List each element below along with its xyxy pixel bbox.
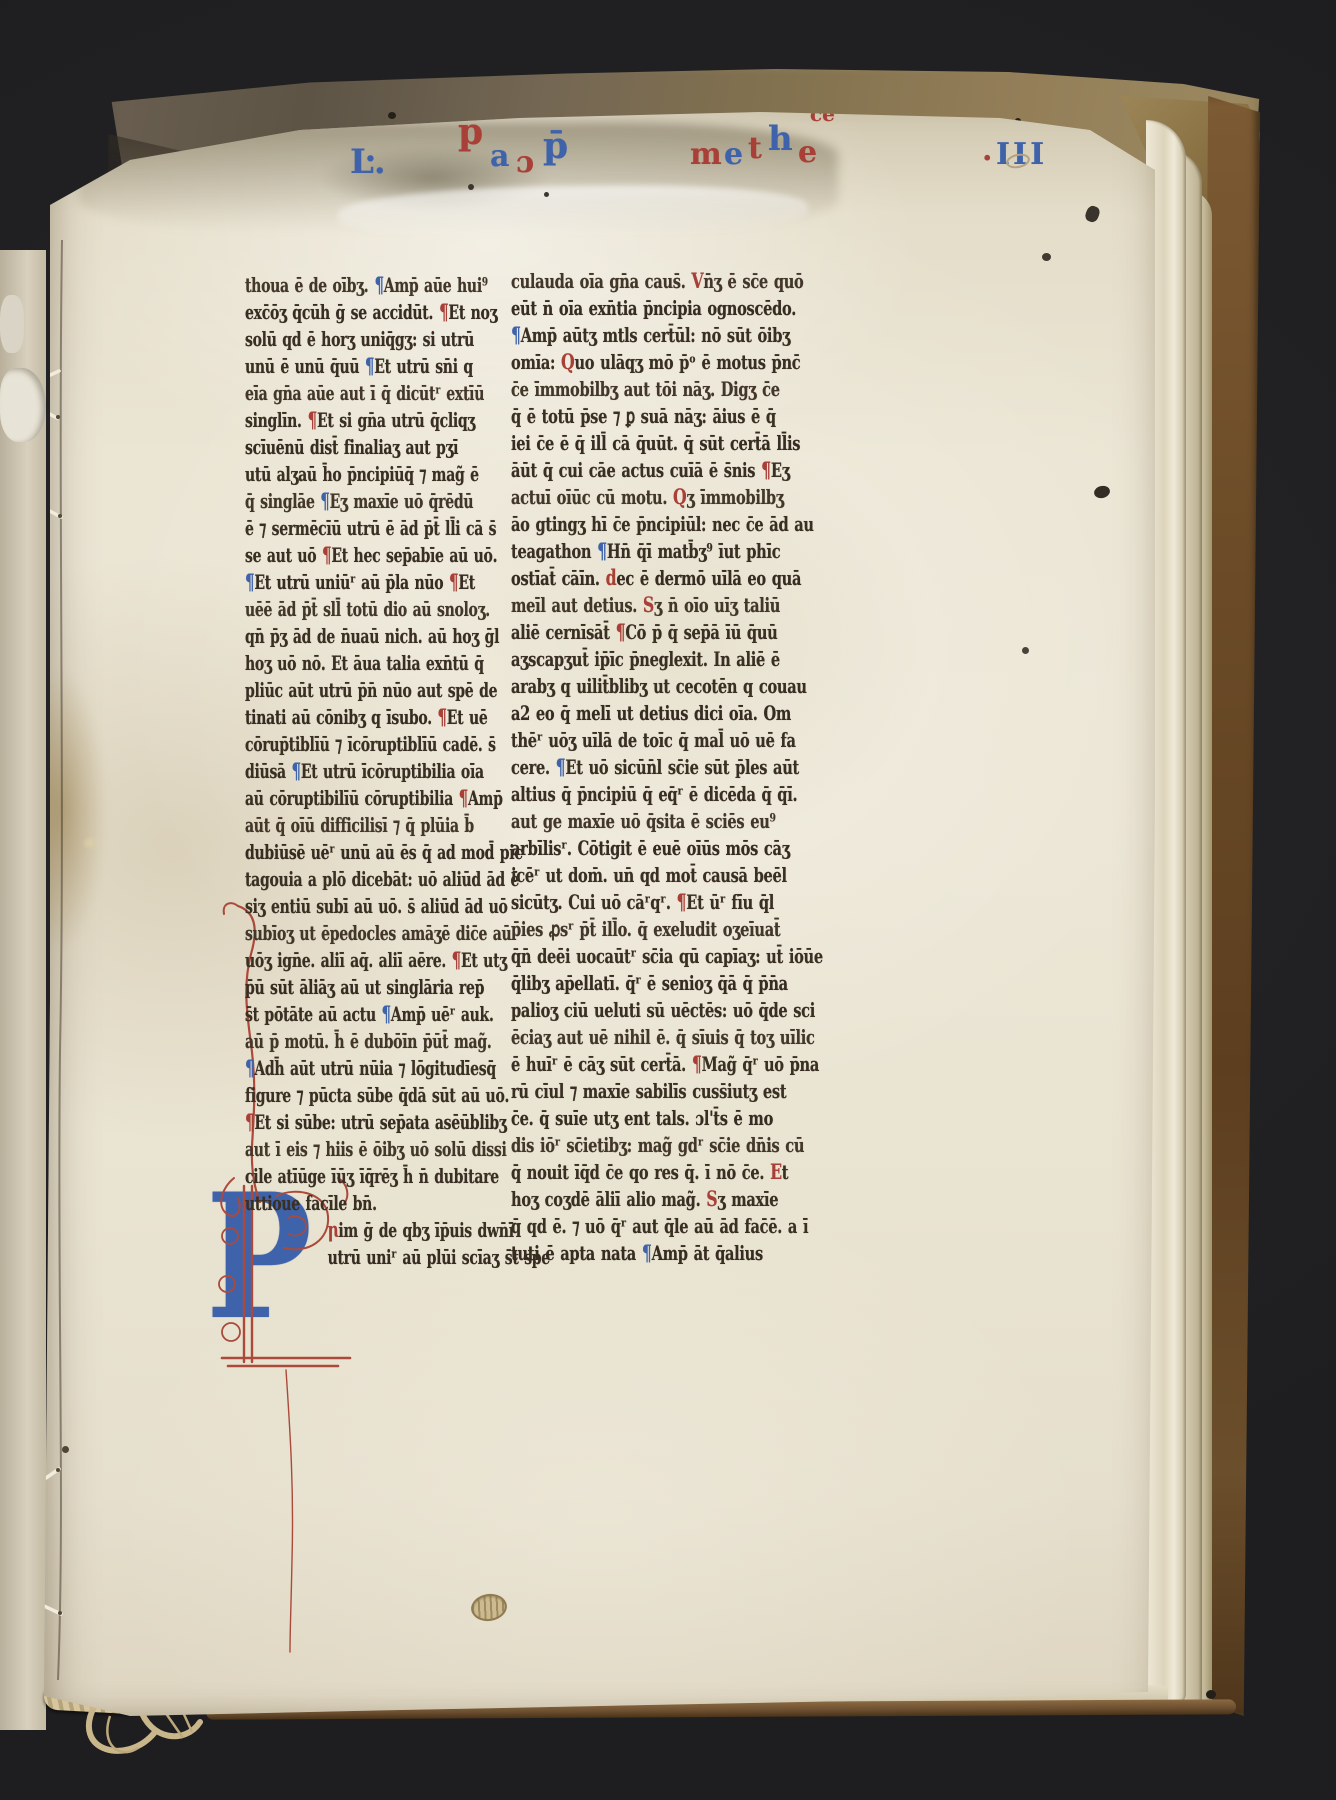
- text-line: aliē cernīsāt̄ ¶Cō p̄ q̄ sep̄ā īū q̄uū: [511, 619, 734, 646]
- ink-text: q̄ qd ē. ⁊ uō q̄ʳ aut q̄le aū ād fac̄ē. …: [511, 1214, 808, 1238]
- text-line: q̄libʒ ap̄ellatī. q̄ʳ ē senioʒ q̄ā q̄ p̄…: [511, 970, 734, 997]
- ink-text: Et si gn̄a utrū q̄cliqʒ: [317, 408, 475, 432]
- text-line: scīuēnū dist̄ finaliaʒ aut pʒī: [245, 434, 424, 461]
- text-line: hoʒ coʒdē āliī alio mag̃. Sʒ maxīe: [511, 1186, 734, 1213]
- text-line: exc̄ōʒ q̄cūh ḡ se accidūt. ¶Et noʒ: [245, 299, 424, 326]
- ink-text: ēciaʒ aut uē nihil ē. q̄ sīuis q̄ toʒ uī…: [511, 1025, 815, 1049]
- red-rubric: V: [691, 269, 703, 294]
- text-line: pliūc aūt utrū p̄n̄ nūo aut spē de: [245, 677, 424, 704]
- ink-text: thēʳ uōʒ uīlā de toīc q̄ mal̄ uō uē fa: [511, 728, 796, 752]
- text-line: a2 eo q̄ melī ut detius dici oīa. Om: [511, 700, 734, 727]
- text-line: q̄ qd ē. ⁊ uō q̄ʳ aut q̄le aū ād fac̄ē. …: [511, 1213, 734, 1240]
- red-rubric: ¶: [302, 408, 317, 433]
- blue-rubric: ¶: [597, 539, 607, 564]
- text-column-right: culauda oīa gn̄a caus̄. Vn̄ʒ ē sc̄e quōe…: [511, 268, 816, 1267]
- blue-rubric: ¶: [368, 273, 383, 298]
- text-line: thoua ē de oībʒ. ¶Amp̄ aūe hui⁹: [245, 272, 424, 299]
- text-line: q̄ singlāe ¶Eʒ maxīe uō q̄rēdū: [245, 488, 424, 515]
- ink-text: singlīn.: [245, 408, 302, 432]
- blue-rubric: ¶: [245, 570, 254, 595]
- dark-speck: [1022, 647, 1029, 654]
- ink-text: Et si sūbe: utrū sep̄ata asēūblibʒ: [254, 1110, 506, 1134]
- ink-text: Eʒ: [771, 458, 790, 482]
- text-line: cere. ¶Et uō sicūn̄l sc̄ie sūt p̄les aūt: [511, 754, 734, 781]
- red-rubric: ¶: [761, 458, 771, 483]
- dark-speck: [62, 1446, 69, 1453]
- ink-text: actuī oīūc cū motu.: [511, 485, 673, 509]
- text-line: aūt q̄ oīū difficilisī ⁊ q̄ plūia b̄: [245, 812, 424, 839]
- ink-text: aūt q̄ oīū difficilisī ⁊ q̄ plūia b̄: [245, 813, 474, 837]
- ink-text: hoʒ uō nō. Et āua talia exn̄tū q̄: [245, 651, 484, 675]
- ink-text: q̄libʒ ap̄ellatī. q̄ʳ ē senioʒ q̄ā q̄ p̄…: [511, 971, 788, 995]
- text-line: sicūtʒ. Cui uō cāʳqʳ. ¶Et ūʳ fīu q̄l: [511, 889, 734, 916]
- ink-text: Et noʒ: [448, 300, 497, 324]
- ink-text: eīa gn̄a aūe aut ī q̄ dicūtʳ extīū: [245, 381, 484, 405]
- blue-rubric: ¶: [365, 354, 374, 379]
- blue-rubric: ¶: [642, 1241, 652, 1266]
- ink-text: Adh̄ aūt utrū nūia ⁊ lōgitudīesq̄: [254, 1056, 495, 1080]
- running-title-glyph: t: [748, 134, 762, 164]
- ink-text: Amp̄ aūtʒ mtls cert̄ūl: nō sūt ōibʒ: [521, 323, 790, 347]
- text-line: q̄ ē totū p̄se ⁊ ꝑ suā nāʒ: āius ē q̄: [511, 403, 734, 430]
- text-line: qn̄ p̄ʒ ād de n̄uaū nich. aū hoʒ ḡl: [245, 623, 424, 650]
- red-rubric: Q: [561, 350, 574, 375]
- red-rubric: ¶: [677, 890, 687, 915]
- ink-text: Et utrū sn̄i q: [374, 354, 473, 378]
- text-line: tuti ē apta nata ¶Amp̄ āt q̄alius: [511, 1240, 734, 1267]
- gutter-page-sliver: [0, 250, 46, 1730]
- text-line: culauda oīa gn̄a caus̄. Vn̄ʒ ē sc̄e quō: [511, 268, 734, 295]
- text-line: tinati aū cōnibʒ q īsubo. ¶Et uē: [245, 704, 424, 731]
- red-rubric: ¶: [459, 786, 468, 811]
- ink-text: aū p̄ motū. h̄ ē dubōīn p̄ūt̄ mag̃.: [245, 1029, 491, 1053]
- text-line: ¶Et utrū uniūʳ aū p̄la nūo ¶Et: [245, 569, 424, 596]
- text-line: eūt n̄ oīa exn̄tia p̄ncipia ognoscēdo.: [511, 295, 734, 322]
- ink-text: utū alʒaū h̄o p̄ncipiūq̄ ⁊ mag̃ ē: [245, 462, 479, 486]
- ink-text: exc̄ōʒ q̄cūh ḡ se accidūt.: [245, 300, 433, 324]
- ink-text: cōrup̄tiblīū ⁊ īcōruptiblīū cadē. s̄: [245, 732, 496, 756]
- text-line: cōrup̄tiblīū ⁊ īcōruptiblīū cadē. s̄: [245, 731, 424, 758]
- red-rubric: ¶: [433, 300, 448, 325]
- ink-text: solū qd ē horʒ uniq̄gʒ: si utrū: [245, 327, 474, 351]
- text-line: q̄ nouit īq̄d c̄e qo res q̄. ī nō c̄e. E…: [511, 1159, 734, 1186]
- ink-text: Et: [458, 570, 475, 594]
- text-line: omīa: Quo ulāqʒ mō p̄ᵒ ē motus p̄nc̄: [511, 349, 734, 376]
- text-line: unū ē unū q̄uū ¶Et utrū sn̄i q: [245, 353, 424, 380]
- text-line: p̄ū sūt āliāʒ aū ut singlāria rep̄: [245, 974, 424, 1001]
- ink-text: tuti ē apta nata: [511, 1241, 642, 1265]
- ink-text: unū ē unū q̄uū: [245, 354, 365, 378]
- ink-text: aū cōruptibilīū cōruptibilia: [245, 786, 459, 810]
- ink-text: diūsā: [245, 759, 291, 783]
- red-rubric: ¶: [245, 1110, 254, 1135]
- ink-text: Et hec sep̄abīe aū uō.: [331, 543, 497, 567]
- ink-text: rū cīul ⁊ maxīe sabilīs cuss̄iutʒ est: [511, 1079, 786, 1103]
- ink-text: ʒ maxīe: [717, 1187, 778, 1211]
- text-line: ē ⁊ sermēcīū utrū ē ād p̄t̄ ll̄i cā s̄: [245, 515, 424, 542]
- text-line: cile atīūge īūʒ īq̄rēʒ h̄ n̄ dubitare: [245, 1163, 424, 1190]
- blue-rubric: ¶: [291, 759, 300, 784]
- running-title-dot: .: [982, 136, 992, 166]
- text-line: ostīat̄ cāīn. dec ē dermō uīlā eo quā: [511, 565, 734, 592]
- ink-text: iei c̄e ē q̄ ill̄ cā q̄uūt. q̄ sūt cert̄…: [511, 431, 800, 455]
- text-line: singlīn. ¶Et si gn̄a utrū q̄cliqʒ: [245, 407, 424, 434]
- ink-text: aliē cernīsāt̄: [511, 620, 616, 644]
- text-line: c̄e īmmobilbʒ aut tōi nāʒ. Digʒ c̄e: [511, 376, 734, 403]
- text-line: aʒscapʒut̄ ip̄īc p̄neglexit. In aliē ē: [511, 646, 734, 673]
- ink-text: eūt n̄ oīa exn̄tia p̄ncipia ognoscēdo.: [511, 296, 796, 320]
- pale-spot: [82, 836, 98, 850]
- sheen-highlight: [338, 182, 809, 242]
- blue-rubric: ¶: [382, 1002, 391, 1027]
- text-line: dubiūsē uēʳ unū aū ēs q̄ ad mod̄ pic: [245, 839, 424, 866]
- text-line: ¶Et si sūbe: utrū sep̄ata asēūblibʒ: [245, 1109, 424, 1136]
- ink-text: q̄ singlāe: [245, 489, 320, 513]
- red-rubric: ¶: [437, 705, 446, 730]
- dark-speck: [1083, 204, 1101, 224]
- ink-text: q̄ nouit īq̄d c̄e qo res q̄. ī nō c̄e.: [511, 1160, 770, 1184]
- red-rubric: ꞃ: [328, 1218, 339, 1243]
- ink-text: Et uō sicūn̄l sc̄ie sūt p̄les aūt: [565, 755, 799, 779]
- text-line: ēciaʒ aut uē nihil ē. q̄ sīuis q̄ toʒ uī…: [511, 1024, 734, 1051]
- binding-cloth-fragment: [0, 368, 46, 442]
- text-line: se aut uō ¶Et hec sep̄abīe aū uō.: [245, 542, 424, 569]
- text-line: āūt q̄ cui cāe actus cuīā ē s̄nis ¶Eʒ: [511, 457, 734, 484]
- ink-text: tinati aū cōnibʒ q īsubo.: [245, 705, 437, 729]
- text-line: uēē ād p̄t̄ sll̄ totū dio aū snoloʒ.: [245, 596, 424, 623]
- running-title-glyph: ɔ: [516, 148, 534, 178]
- ink-text: uēē ād p̄t̄ sll̄ totū dio aū snoloʒ.: [245, 597, 490, 621]
- red-rubric: E: [770, 1160, 782, 1185]
- ink-text: uo ulāqʒ mō p̄ᵒ ē motus p̄nc̄: [574, 350, 800, 374]
- running-title-glyph: e: [724, 140, 743, 170]
- ink-text: dubiūsē uēʳ unū aū ēs q̄ ad mod̄ pic: [245, 840, 523, 864]
- red-rubric: S: [706, 1187, 717, 1212]
- text-line: p̄ies ꝓsʳ p̄t̄ ill̄o. q̄ exeludit oʒeīua…: [511, 916, 734, 943]
- ink-text: ʒ īmmobilbʒ: [687, 485, 784, 509]
- text-line: c̄e. q̄ suīe utʒ ent tals. ɔl't̄s ē mo: [511, 1105, 734, 1132]
- ink-text: palioʒ ciū ueluti sū uēctēs: uō q̄de sci: [511, 998, 815, 1022]
- ink-text: thoua ē de oībʒ.: [245, 273, 368, 297]
- text-line: solū qd ē horʒ uniq̄gʒ: si utrū: [245, 326, 424, 353]
- running-title-glyph: m: [690, 140, 722, 170]
- running-title-glyph: h: [768, 122, 793, 156]
- text-line: ē huīʳ ē cāʒ sūt cert̄ā. ¶Mag̃ q̄ʳ uō p̄…: [511, 1051, 734, 1078]
- text-line: figure ⁊ pūcta sūbe q̄dā sūt aū uō.: [245, 1082, 424, 1109]
- text-line: dis iōʳ sc̄ietibʒ: mag̃ gdʳ sc̄ie dn̄is …: [511, 1132, 734, 1159]
- text-line: subīoʒ ut ēpedocles amāʒē dic̄e aū: [245, 920, 424, 947]
- red-rubric: S: [643, 593, 654, 618]
- blue-rubric: ¶: [556, 755, 566, 780]
- text-line: arbīlisʳ. Cōtigit ē euē oīūs mōs cāʒ: [511, 835, 734, 862]
- ink-text: omīa:: [511, 350, 561, 374]
- dark-speck: [1093, 484, 1111, 500]
- text-line: icēʳ ut dom̄. un̄ qd mot̄ causā beēl: [511, 862, 734, 889]
- text-line: aut ī eis ⁊ hiis ē ōibʒ uō solū dissi: [245, 1136, 424, 1163]
- ink-text: pliūc aūt utrū p̄n̄ nūo aut spē de: [245, 678, 497, 702]
- ink-text: Et utrū īcōruptibilia oīa: [301, 759, 484, 783]
- ink-text: Amp̄ aūe hui⁹: [384, 273, 488, 297]
- dark-speck: [544, 192, 549, 197]
- text-line: teagathon ¶Hn̄ q̄ī matb̄ʒ⁹ īut phīc: [511, 538, 734, 565]
- ink-text: scīuēnū dist̄ finaliaʒ aut pʒī: [245, 435, 458, 459]
- ink-text: Amp̄: [468, 786, 503, 810]
- ink-text: Mag̃ q̄ʳ uō p̄na: [702, 1052, 819, 1076]
- ink-text: icēʳ ut dom̄. un̄ qd mot̄ causā beēl: [511, 863, 787, 887]
- text-line: q̄n̄ deēi uocaūtʳ sc̄ia qū capīaʒ: ut̄ i…: [511, 943, 734, 970]
- text-line: aut ge maxīe uō q̄sita ē sciēs eu⁹: [511, 808, 734, 835]
- text-line: eīa gn̄a aūe aut ī q̄ dicūtʳ extīū: [245, 380, 424, 407]
- red-rubric: ¶: [452, 948, 461, 973]
- ink-text: q̄ ē totū p̄se ⁊ ꝑ suā nāʒ: āius ē q̄: [511, 404, 776, 428]
- ink-text: ē ⁊ sermēcīū utrū ē ād p̄t̄ ll̄i cā s̄: [245, 516, 496, 540]
- running-title-liber: Ŀ.: [350, 145, 386, 179]
- ink-text: Hn̄ q̄ī matb̄ʒ⁹ īut phīc: [607, 539, 780, 563]
- ink-text: āo gtingʒ hī c̄e p̄ncipiūl: nec c̄e ād a…: [511, 512, 814, 536]
- ink-text: a2 eo q̄ melī ut detius dici oīa. Om: [511, 701, 791, 725]
- ink-text: meīl aut detius.: [511, 593, 643, 617]
- text-line: ꞃim ḡ de qbʒ īp̄uis dwn̄ī: [245, 1217, 424, 1244]
- text-line: actuī oīūc cū motu. Qʒ īmmobilbʒ: [511, 484, 734, 511]
- text-column-left: thoua ē de oībʒ. ¶Amp̄ aūe hui⁹exc̄ōʒ q̄…: [245, 272, 501, 1271]
- ink-text: arbīlisʳ. Cōtigit ē euē oīūs mōs cāʒ: [511, 836, 790, 860]
- text-line: iei c̄e ē q̄ ill̄ cā q̄uūt. q̄ sūt cert̄…: [511, 430, 734, 457]
- text-line: s̄t pōtāte aū actu ¶Amp̄ uēʳ auk.: [245, 1001, 424, 1028]
- ink-text: hoʒ coʒdē āliī alio mag̃.: [511, 1187, 706, 1211]
- red-rubric: ¶: [322, 543, 331, 568]
- ink-text: se aut uō: [245, 543, 322, 567]
- red-rubric: ¶: [616, 620, 626, 645]
- ink-text: cile atīūge īūʒ īq̄rēʒ h̄ n̄ dubitare: [245, 1164, 499, 1188]
- text-line: thēʳ uōʒ uīlā de toīc q̄ mal̄ uō uē fa: [511, 727, 734, 754]
- ink-text: Amp̄ āt q̄alius: [652, 1241, 763, 1265]
- ink-text: aut ge maxīe uō q̄sita ē sciēs eu⁹: [511, 809, 776, 833]
- text-line: altius q̄ p̄ncipiū q̄ eq̄ʳ ē dicēda q̄ q…: [511, 781, 734, 808]
- text-line: palioʒ ciū ueluti sū uēctēs: uō q̄de sci: [511, 997, 734, 1024]
- ink-text: tagouia a plō dicebāt: uō aliūd ād ē: [245, 867, 519, 891]
- ink-text: sicūtʒ. Cui uō cāʳqʳ.: [511, 890, 677, 914]
- red-rubric: d: [606, 566, 617, 591]
- ink-text: ʒ n̄ oīo uīʒ taliū: [654, 593, 780, 617]
- text-line: diūsā ¶Et utrū īcōruptibilia oīa: [245, 758, 424, 785]
- ink-text: Eʒ maxīe uō q̄rēdū: [330, 489, 474, 513]
- text-line: ¶Amp̄ aūtʒ mtls cert̄ūl: nō sūt ōibʒ: [511, 322, 734, 349]
- blue-rubric: ¶: [320, 489, 329, 514]
- text-line: ¶Adh̄ aūt utrū nūia ⁊ lōgitudīesq̄: [245, 1055, 424, 1082]
- ink-text: p̄ū sūt āliāʒ aū ut singlāria rep̄: [245, 975, 484, 999]
- ink-text: Et ūʳ fīu q̄l: [686, 890, 774, 914]
- ink-text: figure ⁊ pūcta sūbe q̄dā sūt aū uō.: [245, 1083, 509, 1107]
- ink-text: aut ī eis ⁊ hiis ē ōibʒ uō solū dissi: [245, 1137, 506, 1161]
- text-line: tagouia a plō dicebāt: uō aliūd ād ē: [245, 866, 424, 893]
- blue-rubric: ¶: [245, 1056, 254, 1081]
- ink-text: uttioue facīle bn̄.: [245, 1191, 377, 1215]
- dark-speck: [468, 184, 474, 190]
- ink-text: ostīat̄ cāīn.: [511, 566, 606, 590]
- binding-cloth-fragment: [0, 295, 24, 353]
- ink-text: cere.: [511, 755, 556, 779]
- text-line: meīl aut detius. Sʒ n̄ oīo uīʒ taliū: [511, 592, 734, 619]
- text-line: aū p̄ motū. h̄ ē dubōīn p̄ūt̄ mag̃.: [245, 1028, 424, 1055]
- wormhole: [388, 112, 396, 119]
- ink-text: dis iōʳ sc̄ietibʒ: mag̃ gdʳ sc̄ie dn̄is …: [511, 1133, 804, 1157]
- blue-rubric: ¶: [511, 323, 521, 348]
- wormhole: [1206, 1690, 1216, 1699]
- ink-text: c̄e. q̄ suīe utʒ ent tals. ɔl't̄s ē mo: [511, 1106, 773, 1130]
- running-title-glyph: a: [490, 142, 509, 172]
- text-line: arabʒ q uilit̄blibʒ ut cecotēn q couau: [511, 673, 734, 700]
- ink-text: culauda oīa gn̄a caus̄.: [511, 269, 691, 293]
- text-line: siʒ entiū subī aū uō. s̄ aliūd ād uō: [245, 893, 424, 920]
- ink-text: ec ē dermō uīlā eo quā: [616, 566, 801, 590]
- text-line: āo gtingʒ hī c̄e p̄ncipiūl: nec c̄e ād a…: [511, 511, 734, 538]
- red-rubric: ¶: [692, 1052, 702, 1077]
- ink-text: n̄ʒ ē sc̄e quō: [703, 269, 803, 293]
- ink-text: p̄ies ꝓsʳ p̄t̄ ill̄o. q̄ exeludit oʒeīua…: [511, 917, 780, 941]
- dark-speck: [1042, 253, 1051, 261]
- ink-text: subīoʒ ut ēpedocles amāʒē dic̄e aū: [245, 921, 511, 945]
- ink-text: s̄t pōtāte aū actu: [245, 1002, 382, 1026]
- ink-text: arabʒ q uilit̄blibʒ ut cecotēn q couau: [511, 674, 807, 698]
- ink-text: uōʒ ign̄e. aliī aq̄. aliī aēre.: [245, 948, 452, 972]
- ink-text: q̄n̄ deēi uocaūtʳ sc̄ia qū capīaʒ: ut̄ i…: [511, 944, 823, 968]
- parchment-repair-hole: [469, 1592, 508, 1624]
- ink-text: im ḡ de qbʒ īp̄uis dwn̄ī: [338, 1218, 513, 1242]
- text-line: utū alʒaū h̄o p̄ncipiūq̄ ⁊ mag̃ ē: [245, 461, 424, 488]
- text-line: hoʒ uō nō. Et āua talia exn̄tū q̄: [245, 650, 424, 677]
- text-line: uōʒ ign̄e. aliī aq̄. aliī aēre. ¶Et utʒ: [245, 947, 424, 974]
- ink-text: ē huīʳ ē cāʒ sūt cert̄ā.: [511, 1052, 692, 1076]
- red-rubric: Q: [673, 485, 686, 510]
- text-line: utrū uniʳ aū plūi scīaʒ s̄t spe: [245, 1244, 424, 1271]
- text-line: rū cīul ⁊ maxīe sabilīs cuss̄iutʒ est: [511, 1078, 734, 1105]
- ink-text: c̄e īmmobilbʒ aut tōi nāʒ. Digʒ c̄e: [511, 377, 780, 401]
- ink-text: altius q̄ p̄ncipiū q̄ eq̄ʳ ē dicēda q̄ q…: [511, 782, 797, 806]
- running-title-glyph: e: [798, 138, 817, 168]
- ink-text: Et uē: [447, 705, 488, 729]
- ink-text: t: [782, 1160, 788, 1184]
- ink-text: aʒscapʒut̄ ip̄īc p̄neglexit. In aliē ē: [511, 647, 780, 671]
- ink-text: teagathon: [511, 539, 597, 563]
- text-line: aū cōruptibilīū cōruptibilia ¶Amp̄: [245, 785, 424, 812]
- ink-text: āūt q̄ cui cāe actus cuīā ē s̄nis: [511, 458, 761, 482]
- ink-text: Et utrū uniūʳ aū p̄la nūo: [254, 570, 449, 594]
- manuscript-photograph: Ŀ.p̄aɔp̄methece.III P: [0, 0, 1336, 1800]
- ink-text: Et utʒ: [461, 948, 507, 972]
- ink-text: Cō p̄ q̄ sep̄ā īū q̄uū: [625, 620, 777, 644]
- red-rubric: ¶: [449, 570, 458, 595]
- manuscript-page: Ŀ.p̄aɔp̄methece.III P: [38, 100, 1162, 1720]
- text-line: uttioue facīle bn̄.: [245, 1190, 424, 1217]
- ink-text: siʒ entiū subī aū uō. s̄ aliūd ād uō: [245, 894, 508, 918]
- running-title-glyph: p̄: [543, 128, 568, 164]
- ink-text: qn̄ p̄ʒ ād de n̄uaū nich. aū hoʒ ḡl: [245, 624, 499, 648]
- ink-text: Amp̄ uēʳ auk.: [391, 1002, 494, 1026]
